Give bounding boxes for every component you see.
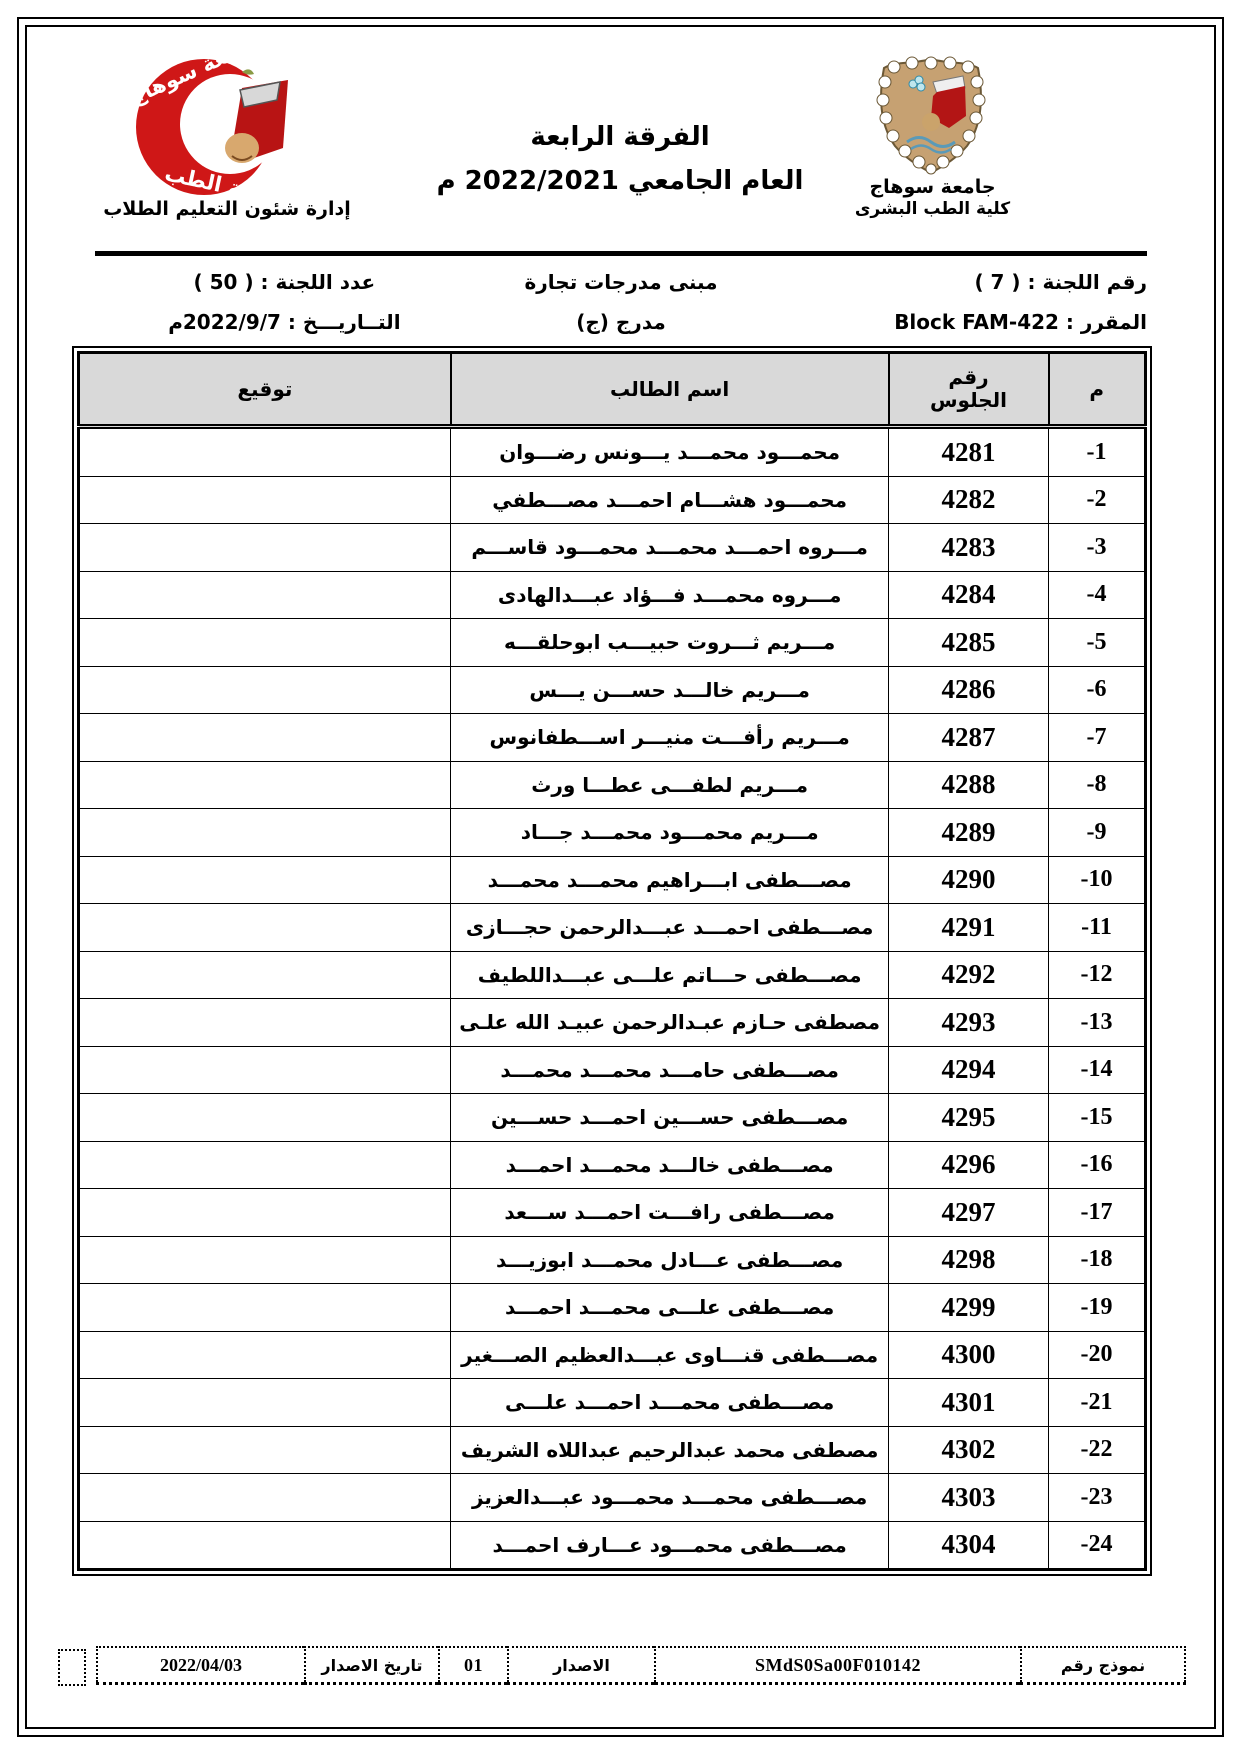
row-index: -3 (1049, 524, 1146, 572)
row-index: -9 (1049, 809, 1146, 857)
course-code: المقرر : Block FAM-422 (768, 310, 1147, 334)
seat-number: 4297 (889, 1189, 1049, 1237)
row-index: -20 (1049, 1331, 1146, 1379)
signature-cell (79, 1521, 451, 1570)
signature-cell (79, 1141, 451, 1189)
signature-cell (79, 1189, 451, 1237)
footer-form-table: نموذج رقم SMdS0Sa00F010142 الاصدار 01 تا… (96, 1646, 1186, 1685)
row-index: -16 (1049, 1141, 1146, 1189)
signature-cell (79, 1284, 451, 1332)
form-number-label: نموذج رقم (1021, 1647, 1185, 1684)
hall-name: مدرج (ج) (474, 310, 769, 334)
table-row: -7 4287 مـــريم رأفـــت منيـــر اســـطفا… (79, 714, 1146, 762)
student-name: محمـــود محمـــد يـــونس رضـــوان (451, 427, 889, 477)
table-row: -21 4301 مصـــطفى محمـــد احمـــد علـــى (79, 1379, 1146, 1427)
seat-number: 4281 (889, 427, 1049, 477)
col-header-index: م (1049, 353, 1146, 427)
table-row: -4 4284 مـــروه محمـــد فـــؤاد عبـــدال… (79, 571, 1146, 619)
student-name: مـــريم لطفـــى عطـــا ورث (451, 761, 889, 809)
seat-number: 4283 (889, 524, 1049, 572)
row-index: -11 (1049, 904, 1146, 952)
form-code: SMdS0Sa00F010142 (655, 1647, 1021, 1684)
seat-number: 4303 (889, 1474, 1049, 1522)
row-index: -23 (1049, 1474, 1146, 1522)
seat-number: 4298 (889, 1236, 1049, 1284)
student-name: مصـــطفى ابـــراهيم محمـــد محمـــد (451, 856, 889, 904)
seat-number: 4288 (889, 761, 1049, 809)
seat-number: 4304 (889, 1521, 1049, 1570)
student-name: مصـــطفى محمـــد احمـــد علـــى (451, 1379, 889, 1427)
table-row: -23 4303 مصـــطفى محمـــد محمـــود عبـــ… (79, 1474, 1146, 1522)
col-header-signature: توقيع (79, 353, 451, 427)
student-name: مصـــطفى حـــاتم علـــى عبـــداللطيف (451, 951, 889, 999)
signature-cell (79, 571, 451, 619)
exam-date: التــاريـــخ : 2022/9/7م (95, 310, 474, 334)
seat-number: 4289 (889, 809, 1049, 857)
table-row: -11 4291 مصـــطفى احمـــد عبـــدالرحمن ح… (79, 904, 1146, 952)
exam-attendance-sheet: { "header": { "right_logo": { "emblem": … (0, 0, 1241, 1754)
table-row: -1 4281 محمـــود محمـــد يـــونس رضـــوا… (79, 427, 1146, 477)
committee-number: رقم اللجنة : ( 7 ) (768, 270, 1147, 294)
signature-cell (79, 1046, 451, 1094)
row-index: -5 (1049, 619, 1146, 667)
signature-cell (79, 1094, 451, 1142)
table-row: -24 4304 مصـــطفى محمـــود عـــارف احمــ… (79, 1521, 1146, 1570)
student-name: مصطفى حـازم عبـدالرحمن عبيـد الله علـى (451, 999, 889, 1047)
signature-cell (79, 904, 451, 952)
signature-cell (79, 1236, 451, 1284)
row-index: -12 (1049, 951, 1146, 999)
table-row: -2 4282 محمـــود هشـــام احمـــد مصـــطف… (79, 476, 1146, 524)
signature-cell (79, 524, 451, 572)
student-name: مصـــطفى احمـــد عبـــدالرحمن حجـــازى (451, 904, 889, 952)
student-name: مصـــطفى قنـــاوى عبـــدالعظيم الصـــغير (451, 1331, 889, 1379)
table-row: -20 4300 مصـــطفى قنـــاوى عبـــدالعظيم … (79, 1331, 1146, 1379)
signature-cell (79, 1474, 451, 1522)
seat-number: 4290 (889, 856, 1049, 904)
attendance-table-frame: م رقم الجلوس اسم الطالب توقيع -1 4281 مح… (72, 346, 1152, 1576)
student-education-affairs-caption: إدارة شئون التعليم الطلاب (92, 198, 362, 220)
student-name: مصطفى محمد عبدالرحيم عبداللاه الشريف (451, 1426, 889, 1474)
committee-count: عدد اللجنة : ( 50 ) (95, 270, 474, 294)
row-index: -4 (1049, 571, 1146, 619)
university-name-caption: جامعة سوهاج (845, 176, 1020, 198)
signature-cell (79, 427, 451, 477)
academic-year: العام الجامعي 2022/2021 م (360, 166, 880, 196)
table-row: -13 4293 مصطفى حـازم عبـدالرحمن عبيـد ال… (79, 999, 1146, 1047)
seat-number: 4294 (889, 1046, 1049, 1094)
signature-cell (79, 1426, 451, 1474)
exam-info: رقم اللجنة : ( 7 ) مبنى مدرجات تجارة عدد… (95, 262, 1147, 342)
row-index: -7 (1049, 714, 1146, 762)
table-row: -10 4290 مصـــطفى ابـــراهيم محمـــد محم… (79, 856, 1146, 904)
signature-cell (79, 1379, 451, 1427)
table-row: -18 4298 مصـــطفى عـــادل محمـــد ابوزيـ… (79, 1236, 1146, 1284)
header-divider (95, 251, 1147, 256)
faculty-name-caption: كلية الطب البشرى (840, 199, 1025, 219)
table-row: -15 4295 مصـــطفى حســـين احمـــد حســـي… (79, 1094, 1146, 1142)
building-name: مبنى مدرجات تجارة (474, 270, 769, 294)
seat-number: 4282 (889, 476, 1049, 524)
signature-cell (79, 856, 451, 904)
version-date-label: تاريخ الاصدار (305, 1647, 439, 1684)
row-index: -24 (1049, 1521, 1146, 1570)
seat-number: 4293 (889, 999, 1049, 1047)
seat-number: 4285 (889, 619, 1049, 667)
student-name: مـــروه احمـــد محمـــد محمـــود قاســـم (451, 524, 889, 572)
student-name: مصـــطفى خالـــد محمـــد احمـــد (451, 1141, 889, 1189)
table-row: -22 4302 مصطفى محمد عبدالرحيم عبداللاه ا… (79, 1426, 1146, 1474)
row-index: -21 (1049, 1379, 1146, 1427)
signature-cell (79, 999, 451, 1047)
version-value: 01 (439, 1647, 508, 1684)
seat-number: 4300 (889, 1331, 1049, 1379)
seat-number: 4301 (889, 1379, 1049, 1427)
row-index: -19 (1049, 1284, 1146, 1332)
student-name: مـــريم رأفـــت منيـــر اســـطفانوس (451, 714, 889, 762)
version-label: الاصدار (508, 1647, 655, 1684)
table-row: -3 4283 مـــروه احمـــد محمـــد محمـــود… (79, 524, 1146, 572)
table-row: -17 4297 مصـــطفى رافـــت احمـــد ســـعد (79, 1189, 1146, 1237)
student-name: مصـــطفى عـــادل محمـــد ابوزيـــد (451, 1236, 889, 1284)
student-name: مصـــطفى حســـين احمـــد حســـين (451, 1094, 889, 1142)
table-row: -12 4292 مصـــطفى حـــاتم علـــى عبـــدا… (79, 951, 1146, 999)
col-header-seat-number: رقم الجلوس (889, 353, 1049, 427)
row-index: -6 (1049, 666, 1146, 714)
row-index: -2 (1049, 476, 1146, 524)
row-index: -14 (1049, 1046, 1146, 1094)
student-name: مصـــطفى حامـــد محمـــد محمـــد (451, 1046, 889, 1094)
signature-cell (79, 951, 451, 999)
seat-number: 4292 (889, 951, 1049, 999)
seat-number: 4299 (889, 1284, 1049, 1332)
seat-number: 4295 (889, 1094, 1049, 1142)
student-name: مـــريم ثـــروت حبيـــب ابوحلقـــه (451, 619, 889, 667)
signature-cell (79, 714, 451, 762)
table-row: -5 4285 مـــريم ثـــروت حبيـــب ابوحلقــ… (79, 619, 1146, 667)
row-index: -1 (1049, 427, 1146, 477)
student-name: مـــريم خالـــد حســـن يـــس (451, 666, 889, 714)
col-header-student-name: اسم الطالب (451, 353, 889, 427)
table-row: -9 4289 مـــريم محمـــود محمـــد جـــاد (79, 809, 1146, 857)
seat-number: 4284 (889, 571, 1049, 619)
sohag-university-logo-icon (871, 54, 991, 176)
table-row: -6 4286 مـــريم خالـــد حســـن يـــس (79, 666, 1146, 714)
signature-cell (79, 761, 451, 809)
faculty-medicine-crescent-logo-icon: جامعة سوهاج كلية الطب (92, 52, 347, 202)
row-index: -22 (1049, 1426, 1146, 1474)
row-index: -13 (1049, 999, 1146, 1047)
student-name: مـــروه محمـــد فـــؤاد عبـــدالهادى (451, 571, 889, 619)
attendance-table: م رقم الجلوس اسم الطالب توقيع -1 4281 مح… (77, 351, 1147, 1571)
seat-number: 4287 (889, 714, 1049, 762)
student-name: محمـــود هشـــام احمـــد مصـــطفي (451, 476, 889, 524)
seat-number: 4291 (889, 904, 1049, 952)
footer-corner-box (58, 1649, 86, 1686)
page-title: الفرقة الرابعة (400, 122, 840, 152)
row-index: -15 (1049, 1094, 1146, 1142)
student-name: مصـــطفى محمـــود عـــارف احمـــد (451, 1521, 889, 1570)
version-date-value: 2022/04/03 (97, 1647, 305, 1684)
table-row: -8 4288 مـــريم لطفـــى عطـــا ورث (79, 761, 1146, 809)
signature-cell (79, 666, 451, 714)
table-row: -19 4299 مصـــطفى علـــى محمـــد احمـــد (79, 1284, 1146, 1332)
student-name: مصـــطفى رافـــت احمـــد ســـعد (451, 1189, 889, 1237)
table-header-row: م رقم الجلوس اسم الطالب توقيع (79, 353, 1146, 427)
table-row: -14 4294 مصـــطفى حامـــد محمـــد محمـــ… (79, 1046, 1146, 1094)
seat-number: 4302 (889, 1426, 1049, 1474)
row-index: -17 (1049, 1189, 1146, 1237)
seat-number: 4286 (889, 666, 1049, 714)
student-name: مـــريم محمـــود محمـــد جـــاد (451, 809, 889, 857)
student-name: مصـــطفى محمـــد محمـــود عبـــدالعزيز (451, 1474, 889, 1522)
signature-cell (79, 476, 451, 524)
row-index: -10 (1049, 856, 1146, 904)
row-index: -18 (1049, 1236, 1146, 1284)
signature-cell (79, 809, 451, 857)
table-row: -16 4296 مصـــطفى خالـــد محمـــد احمـــ… (79, 1141, 1146, 1189)
row-index: -8 (1049, 761, 1146, 809)
student-name: مصـــطفى علـــى محمـــد احمـــد (451, 1284, 889, 1332)
signature-cell (79, 1331, 451, 1379)
signature-cell (79, 619, 451, 667)
seat-number: 4296 (889, 1141, 1049, 1189)
